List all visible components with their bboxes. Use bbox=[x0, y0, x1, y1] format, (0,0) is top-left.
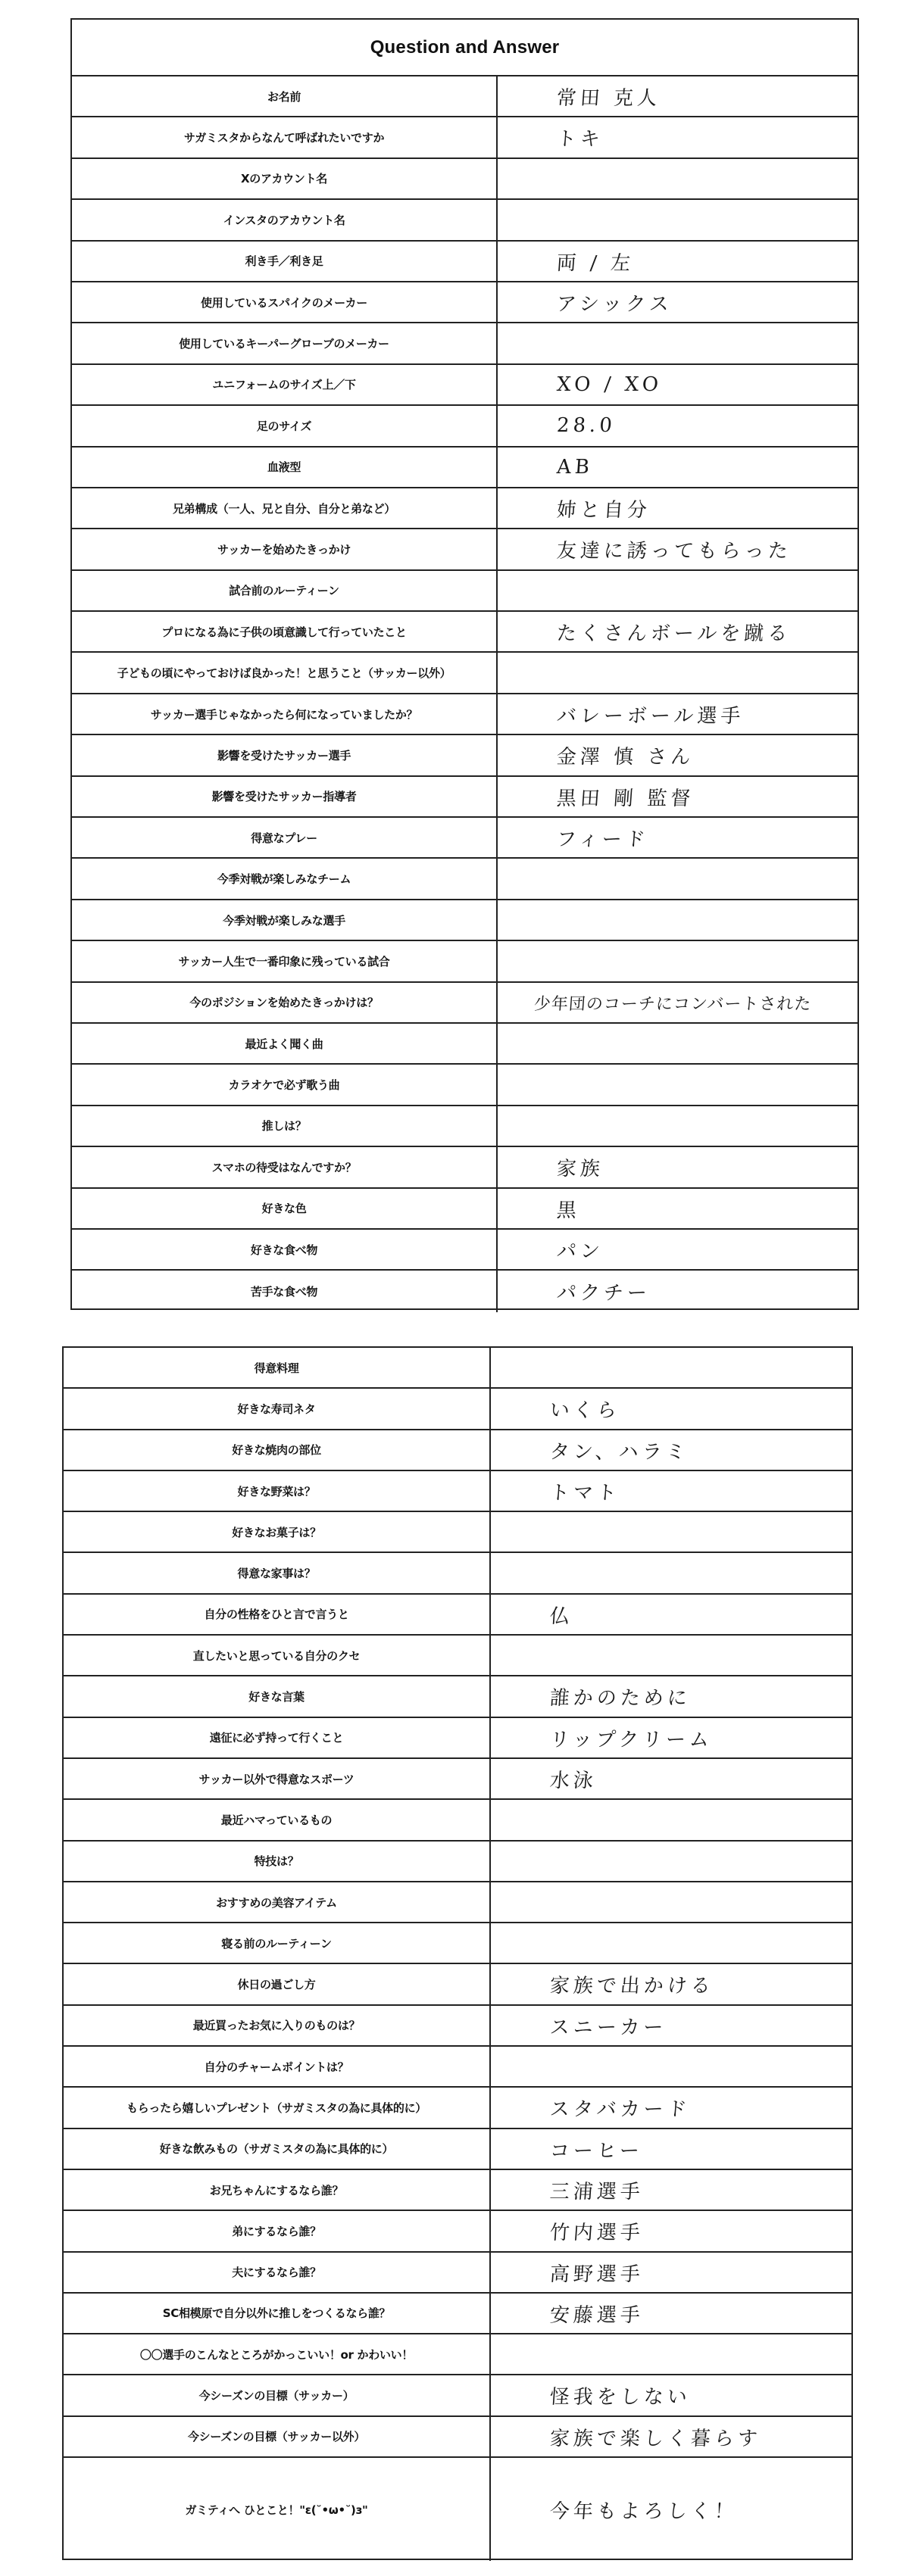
answer-cell: XO / XO bbox=[496, 365, 859, 404]
answer-cell bbox=[496, 900, 859, 940]
question-cell: お名前 bbox=[72, 76, 498, 116]
answer-cell bbox=[489, 1882, 853, 1922]
answer-cell: 両 / 左 bbox=[496, 242, 859, 281]
question-cell: 最近ハマっているもの bbox=[64, 1800, 491, 1839]
question-cell: スマホの待受はなんですか？ bbox=[72, 1147, 498, 1187]
answer-cell bbox=[496, 159, 859, 198]
table-row: 影響を受けたサッカー選手金澤 慎 さん bbox=[72, 735, 857, 776]
qa-table-page-1: Question and Answer お名前常田 克人サガミスタからなんて呼ば… bbox=[70, 18, 859, 1310]
answer-cell: トマト bbox=[489, 1471, 853, 1511]
table-row: 今季対戦が楽しみなチーム bbox=[72, 859, 857, 900]
answer-cell bbox=[496, 941, 859, 981]
table-row: 最近買ったお気に入りのものは？スニーカー bbox=[64, 2006, 851, 2047]
table-row: 自分の性格をひと言で言うと仏 bbox=[64, 1595, 851, 1636]
answer-cell: トキ bbox=[496, 117, 859, 157]
question-cell: 好きな言葉 bbox=[64, 1676, 491, 1716]
table-row: 影響を受けたサッカー指導者黒田 剛 監督 bbox=[72, 777, 857, 818]
question-cell: 試合前のルーティーン bbox=[72, 571, 498, 610]
table-row: 寝る前のルーティーン bbox=[64, 1923, 851, 1964]
table-row: 自分のチャームポイントは？ bbox=[64, 2047, 851, 2088]
question-cell: 今シーズンの目標（サッカー） bbox=[64, 2375, 491, 2415]
question-cell: ガミティへ ひとこと！"ε(˘•ω•˘)з" bbox=[64, 2458, 491, 2561]
question-cell: 好きな野菜は？ bbox=[64, 1471, 491, 1511]
table-row: 最近ハマっているもの bbox=[64, 1800, 851, 1841]
answer-cell: パン bbox=[496, 1230, 859, 1269]
answer-cell: 常田 克人 bbox=[496, 76, 859, 116]
answer-cell: 安藤選手 bbox=[489, 2294, 853, 2333]
question-cell: お兄ちゃんにするなら誰？ bbox=[64, 2170, 491, 2210]
answer-cell: パクチー bbox=[496, 1271, 859, 1311]
question-cell: サッカー人生で一番印象に残っている試合 bbox=[72, 941, 498, 981]
answer-cell: フィード bbox=[496, 818, 859, 857]
table-row: 好きな焼肉の部位タン、ハラミ bbox=[64, 1430, 851, 1471]
table-title: Question and Answer bbox=[72, 20, 857, 76]
question-cell: もらったら嬉しいプレゼント（サガミスタの為に具体的に） bbox=[64, 2088, 491, 2127]
question-cell: 今季対戦が楽しみな選手 bbox=[72, 900, 498, 940]
table-row: 推しは？ bbox=[72, 1106, 857, 1147]
table-row: 今のポジションを始めたきっかけは？少年団のコーチにコンバートされた bbox=[72, 983, 857, 1024]
table-row: 好きな言葉誰かのために bbox=[64, 1676, 851, 1717]
answer-cell: 黒 bbox=[496, 1189, 859, 1228]
question-cell: サッカー以外で得意なスポーツ bbox=[64, 1759, 491, 1798]
question-cell: 兄弟構成（一人、兄と自分、自分と弟など） bbox=[72, 488, 498, 528]
table-row: サッカー人生で一番印象に残っている試合 bbox=[72, 941, 857, 982]
table-row: 今シーズンの目標（サッカー）怪我をしない bbox=[64, 2375, 851, 2416]
table-row: SC相模原で自分以外に推しをつくるなら誰？安藤選手 bbox=[64, 2294, 851, 2334]
question-cell: SC相模原で自分以外に推しをつくるなら誰？ bbox=[64, 2294, 491, 2333]
question-cell: サガミスタからなんて呼ばれたいですか bbox=[72, 117, 498, 157]
answer-cell bbox=[489, 1923, 853, 1963]
question-cell: 足のサイズ bbox=[72, 406, 498, 445]
answer-cell bbox=[489, 1636, 853, 1675]
answer-cell bbox=[489, 1512, 853, 1552]
answer-cell bbox=[489, 1553, 853, 1592]
answer-cell: 仏 bbox=[489, 1595, 853, 1634]
question-cell: 影響を受けたサッカー選手 bbox=[72, 735, 498, 775]
question-cell: おすすめの美容アイテム bbox=[64, 1882, 491, 1922]
answer-cell bbox=[496, 1106, 859, 1146]
answer-cell: AB bbox=[496, 448, 859, 487]
question-cell: 特技は？ bbox=[64, 1842, 491, 1881]
table-row: 血液型AB bbox=[72, 448, 857, 488]
question-cell: 今シーズンの目標（サッカー以外） bbox=[64, 2417, 491, 2456]
question-cell: 影響を受けたサッカー指導者 bbox=[72, 777, 498, 816]
table-row: ユニフォームのサイズ上／下XO / XO bbox=[72, 365, 857, 406]
qa-table-page-2: 得意料理好きな寿司ネタいくら好きな焼肉の部位タン、ハラミ好きな野菜は？トマト好き… bbox=[62, 1346, 853, 2560]
answer-cell: スニーカー bbox=[489, 2006, 853, 2045]
answer-cell: 黒田 剛 監督 bbox=[496, 777, 859, 816]
question-cell: 好きな食べ物 bbox=[72, 1230, 498, 1269]
question-cell: 弟にするなら誰？ bbox=[64, 2211, 491, 2250]
answer-cell: 少年団のコーチにコンバートされた bbox=[496, 983, 859, 1022]
answer-cell: リップクリーム bbox=[489, 1718, 853, 1757]
table-row: お名前常田 克人 bbox=[72, 76, 857, 117]
table-row: 子どもの頃にやっておけば良かった！と思うこと（サッカー以外） bbox=[72, 653, 857, 694]
question-cell: 自分のチャームポイントは？ bbox=[64, 2047, 491, 2086]
answer-cell: 今年もよろしく！ bbox=[487, 2458, 855, 2561]
question-cell: 得意料理 bbox=[64, 1348, 491, 1387]
answer-cell bbox=[489, 1348, 853, 1387]
answer-cell: コーヒー bbox=[489, 2129, 853, 2169]
question-cell: 使用しているスパイクのメーカー bbox=[72, 282, 498, 322]
table-row: 好きな飲みもの（サガミスタの為に具体的に）コーヒー bbox=[64, 2129, 851, 2170]
question-cell: サッカーを始めたきっかけ bbox=[72, 529, 498, 569]
table-row: 苦手な食べ物パクチー bbox=[72, 1271, 857, 1311]
question-cell: 今のポジションを始めたきっかけは？ bbox=[72, 983, 498, 1022]
answer-cell: 家族 bbox=[496, 1147, 859, 1187]
answer-cell bbox=[496, 200, 859, 239]
table-row: 利き手／利き足両 / 左 bbox=[72, 242, 857, 282]
table-row: 好きな色黒 bbox=[72, 1189, 857, 1230]
table-row: サッカーを始めたきっかけ友達に誘ってもらった bbox=[72, 529, 857, 570]
table-row: スマホの待受はなんですか？家族 bbox=[72, 1147, 857, 1188]
table-row: 好きな野菜は？トマト bbox=[64, 1471, 851, 1512]
table-row: 夫にするなら誰？高野選手 bbox=[64, 2253, 851, 2294]
table-row: おすすめの美容アイテム bbox=[64, 1882, 851, 1923]
question-cell: 好きな飲みもの（サガミスタの為に具体的に） bbox=[64, 2129, 491, 2169]
answer-cell bbox=[496, 323, 859, 363]
table-row: もらったら嬉しいプレゼント（サガミスタの為に具体的に）スタバカード bbox=[64, 2088, 851, 2128]
question-cell: 好きな焼肉の部位 bbox=[64, 1430, 491, 1470]
answer-cell: スタバカード bbox=[489, 2088, 853, 2127]
table-row: 得意な家事は？ bbox=[64, 1553, 851, 1594]
question-cell: 好きな寿司ネタ bbox=[64, 1389, 491, 1428]
answer-cell: 家族で楽しく暮らす bbox=[489, 2417, 853, 2456]
question-cell: サッカー選手じゃなかったら何になっていましたか？ bbox=[72, 694, 498, 734]
answer-cell: アシックス bbox=[496, 282, 859, 322]
answer-cell: 誰かのために bbox=[489, 1676, 853, 1716]
question-cell: 利き手／利き足 bbox=[72, 242, 498, 281]
answer-cell: 怪我をしない bbox=[489, 2375, 853, 2415]
table-row: 得意なプレーフィード bbox=[72, 818, 857, 859]
question-cell: 寝る前のルーティーン bbox=[64, 1923, 491, 1963]
table-row: 試合前のルーティーン bbox=[72, 571, 857, 612]
table-row: 好きなお菓子は？ bbox=[64, 1512, 851, 1553]
answer-cell bbox=[489, 1800, 853, 1839]
table-row: 遠征に必ず持って行くことリップクリーム bbox=[64, 1718, 851, 1759]
answer-cell bbox=[489, 2334, 853, 2374]
answer-cell: 28.0 bbox=[496, 406, 859, 445]
answer-cell: 家族で出かける bbox=[489, 1964, 853, 2004]
question-cell: プロになる為に子供の頃意識して行っていたこと bbox=[72, 612, 498, 651]
table-row: プロになる為に子供の頃意識して行っていたことたくさんボールを蹴る bbox=[72, 612, 857, 653]
table-row: サッカー以外で得意なスポーツ水泳 bbox=[64, 1759, 851, 1800]
table-row: 好きな寿司ネタいくら bbox=[64, 1389, 851, 1430]
table-row: Xのアカウント名 bbox=[72, 159, 857, 200]
table-row: 〇〇選手のこんなところがかっこいい！or かわいい！ bbox=[64, 2334, 851, 2375]
question-cell: 好きなお菓子は？ bbox=[64, 1512, 491, 1552]
answer-cell: バレーボール選手 bbox=[496, 694, 859, 734]
question-cell: 好きな色 bbox=[72, 1189, 498, 1228]
table-row: ガミティへ ひとこと！"ε(˘•ω•˘)з"今年もよろしく！ bbox=[64, 2458, 851, 2561]
question-cell: 休日の過ごし方 bbox=[64, 1964, 491, 2004]
answer-cell bbox=[496, 859, 859, 898]
answer-cell: タン、ハラミ bbox=[489, 1430, 853, 1470]
question-cell: 自分の性格をひと言で言うと bbox=[64, 1595, 491, 1634]
table-row: インスタのアカウント名 bbox=[72, 200, 857, 241]
table-row: 最近よく聞く曲 bbox=[72, 1024, 857, 1065]
question-cell: 使用しているキーパーグローブのメーカー bbox=[72, 323, 498, 363]
table-row: サッカー選手じゃなかったら何になっていましたか？バレーボール選手 bbox=[72, 694, 857, 735]
question-cell: 夫にするなら誰？ bbox=[64, 2253, 491, 2292]
question-cell: 血液型 bbox=[72, 448, 498, 487]
answer-cell bbox=[489, 2047, 853, 2086]
table-row: 休日の過ごし方家族で出かける bbox=[64, 1964, 851, 2005]
answer-cell bbox=[496, 1065, 859, 1104]
question-cell: 得意なプレー bbox=[72, 818, 498, 857]
qa-table-body: 得意料理好きな寿司ネタいくら好きな焼肉の部位タン、ハラミ好きな野菜は？トマト好き… bbox=[64, 1348, 851, 2561]
qa-table-body: お名前常田 克人サガミスタからなんて呼ばれたいですかトキXのアカウント名インスタ… bbox=[72, 76, 857, 1312]
question-cell: 最近よく聞く曲 bbox=[72, 1024, 498, 1063]
answer-cell bbox=[496, 653, 859, 692]
table-row: 好きな食べ物パン bbox=[72, 1230, 857, 1271]
table-row: 使用しているスパイクのメーカーアシックス bbox=[72, 282, 857, 323]
answer-cell bbox=[496, 1024, 859, 1063]
table-row: サガミスタからなんて呼ばれたいですかトキ bbox=[72, 117, 857, 158]
answer-cell: 姉と自分 bbox=[496, 488, 859, 528]
table-row: 兄弟構成（一人、兄と自分、自分と弟など）姉と自分 bbox=[72, 488, 857, 529]
answer-cell: いくら bbox=[489, 1389, 853, 1428]
answer-cell: 金澤 慎 さん bbox=[496, 735, 859, 775]
table-row: 弟にするなら誰？竹内選手 bbox=[64, 2211, 851, 2252]
question-cell: 子どもの頃にやっておけば良かった！と思うこと（サッカー以外） bbox=[72, 653, 498, 692]
table-row: お兄ちゃんにするなら誰？三浦選手 bbox=[64, 2170, 851, 2211]
answer-cell: 友達に誘ってもらった bbox=[496, 529, 859, 569]
answer-cell: たくさんボールを蹴る bbox=[496, 612, 859, 651]
table-row: 今シーズンの目標（サッカー以外）家族で楽しく暮らす bbox=[64, 2417, 851, 2458]
question-cell: カラオケで必ず歌う曲 bbox=[72, 1065, 498, 1104]
question-cell: インスタのアカウント名 bbox=[72, 200, 498, 239]
answer-cell: 高野選手 bbox=[489, 2253, 853, 2292]
question-cell: 最近買ったお気に入りのものは？ bbox=[64, 2006, 491, 2045]
question-cell: 推しは？ bbox=[72, 1106, 498, 1146]
table-row: 足のサイズ28.0 bbox=[72, 406, 857, 447]
table-row: 使用しているキーパーグローブのメーカー bbox=[72, 323, 857, 364]
question-cell: 得意な家事は？ bbox=[64, 1553, 491, 1592]
answer-cell bbox=[489, 1842, 853, 1881]
table-row: 直したいと思っている自分のクセ bbox=[64, 1636, 851, 1676]
answer-cell: 水泳 bbox=[489, 1759, 853, 1798]
table-row: 得意料理 bbox=[64, 1348, 851, 1389]
question-cell: 〇〇選手のこんなところがかっこいい！or かわいい！ bbox=[64, 2334, 491, 2374]
table-row: カラオケで必ず歌う曲 bbox=[72, 1065, 857, 1106]
question-cell: 今季対戦が楽しみなチーム bbox=[72, 859, 498, 898]
question-cell: 直したいと思っている自分のクセ bbox=[64, 1636, 491, 1675]
answer-cell: 竹内選手 bbox=[489, 2211, 853, 2250]
question-cell: 苦手な食べ物 bbox=[72, 1271, 498, 1311]
answer-cell bbox=[496, 571, 859, 610]
question-cell: ユニフォームのサイズ上／下 bbox=[72, 365, 498, 404]
answer-cell: 三浦選手 bbox=[489, 2170, 853, 2210]
question-cell: 遠征に必ず持って行くこと bbox=[64, 1718, 491, 1757]
table-row: 今季対戦が楽しみな選手 bbox=[72, 900, 857, 941]
table-row: 特技は？ bbox=[64, 1842, 851, 1882]
question-cell: Xのアカウント名 bbox=[72, 159, 498, 198]
